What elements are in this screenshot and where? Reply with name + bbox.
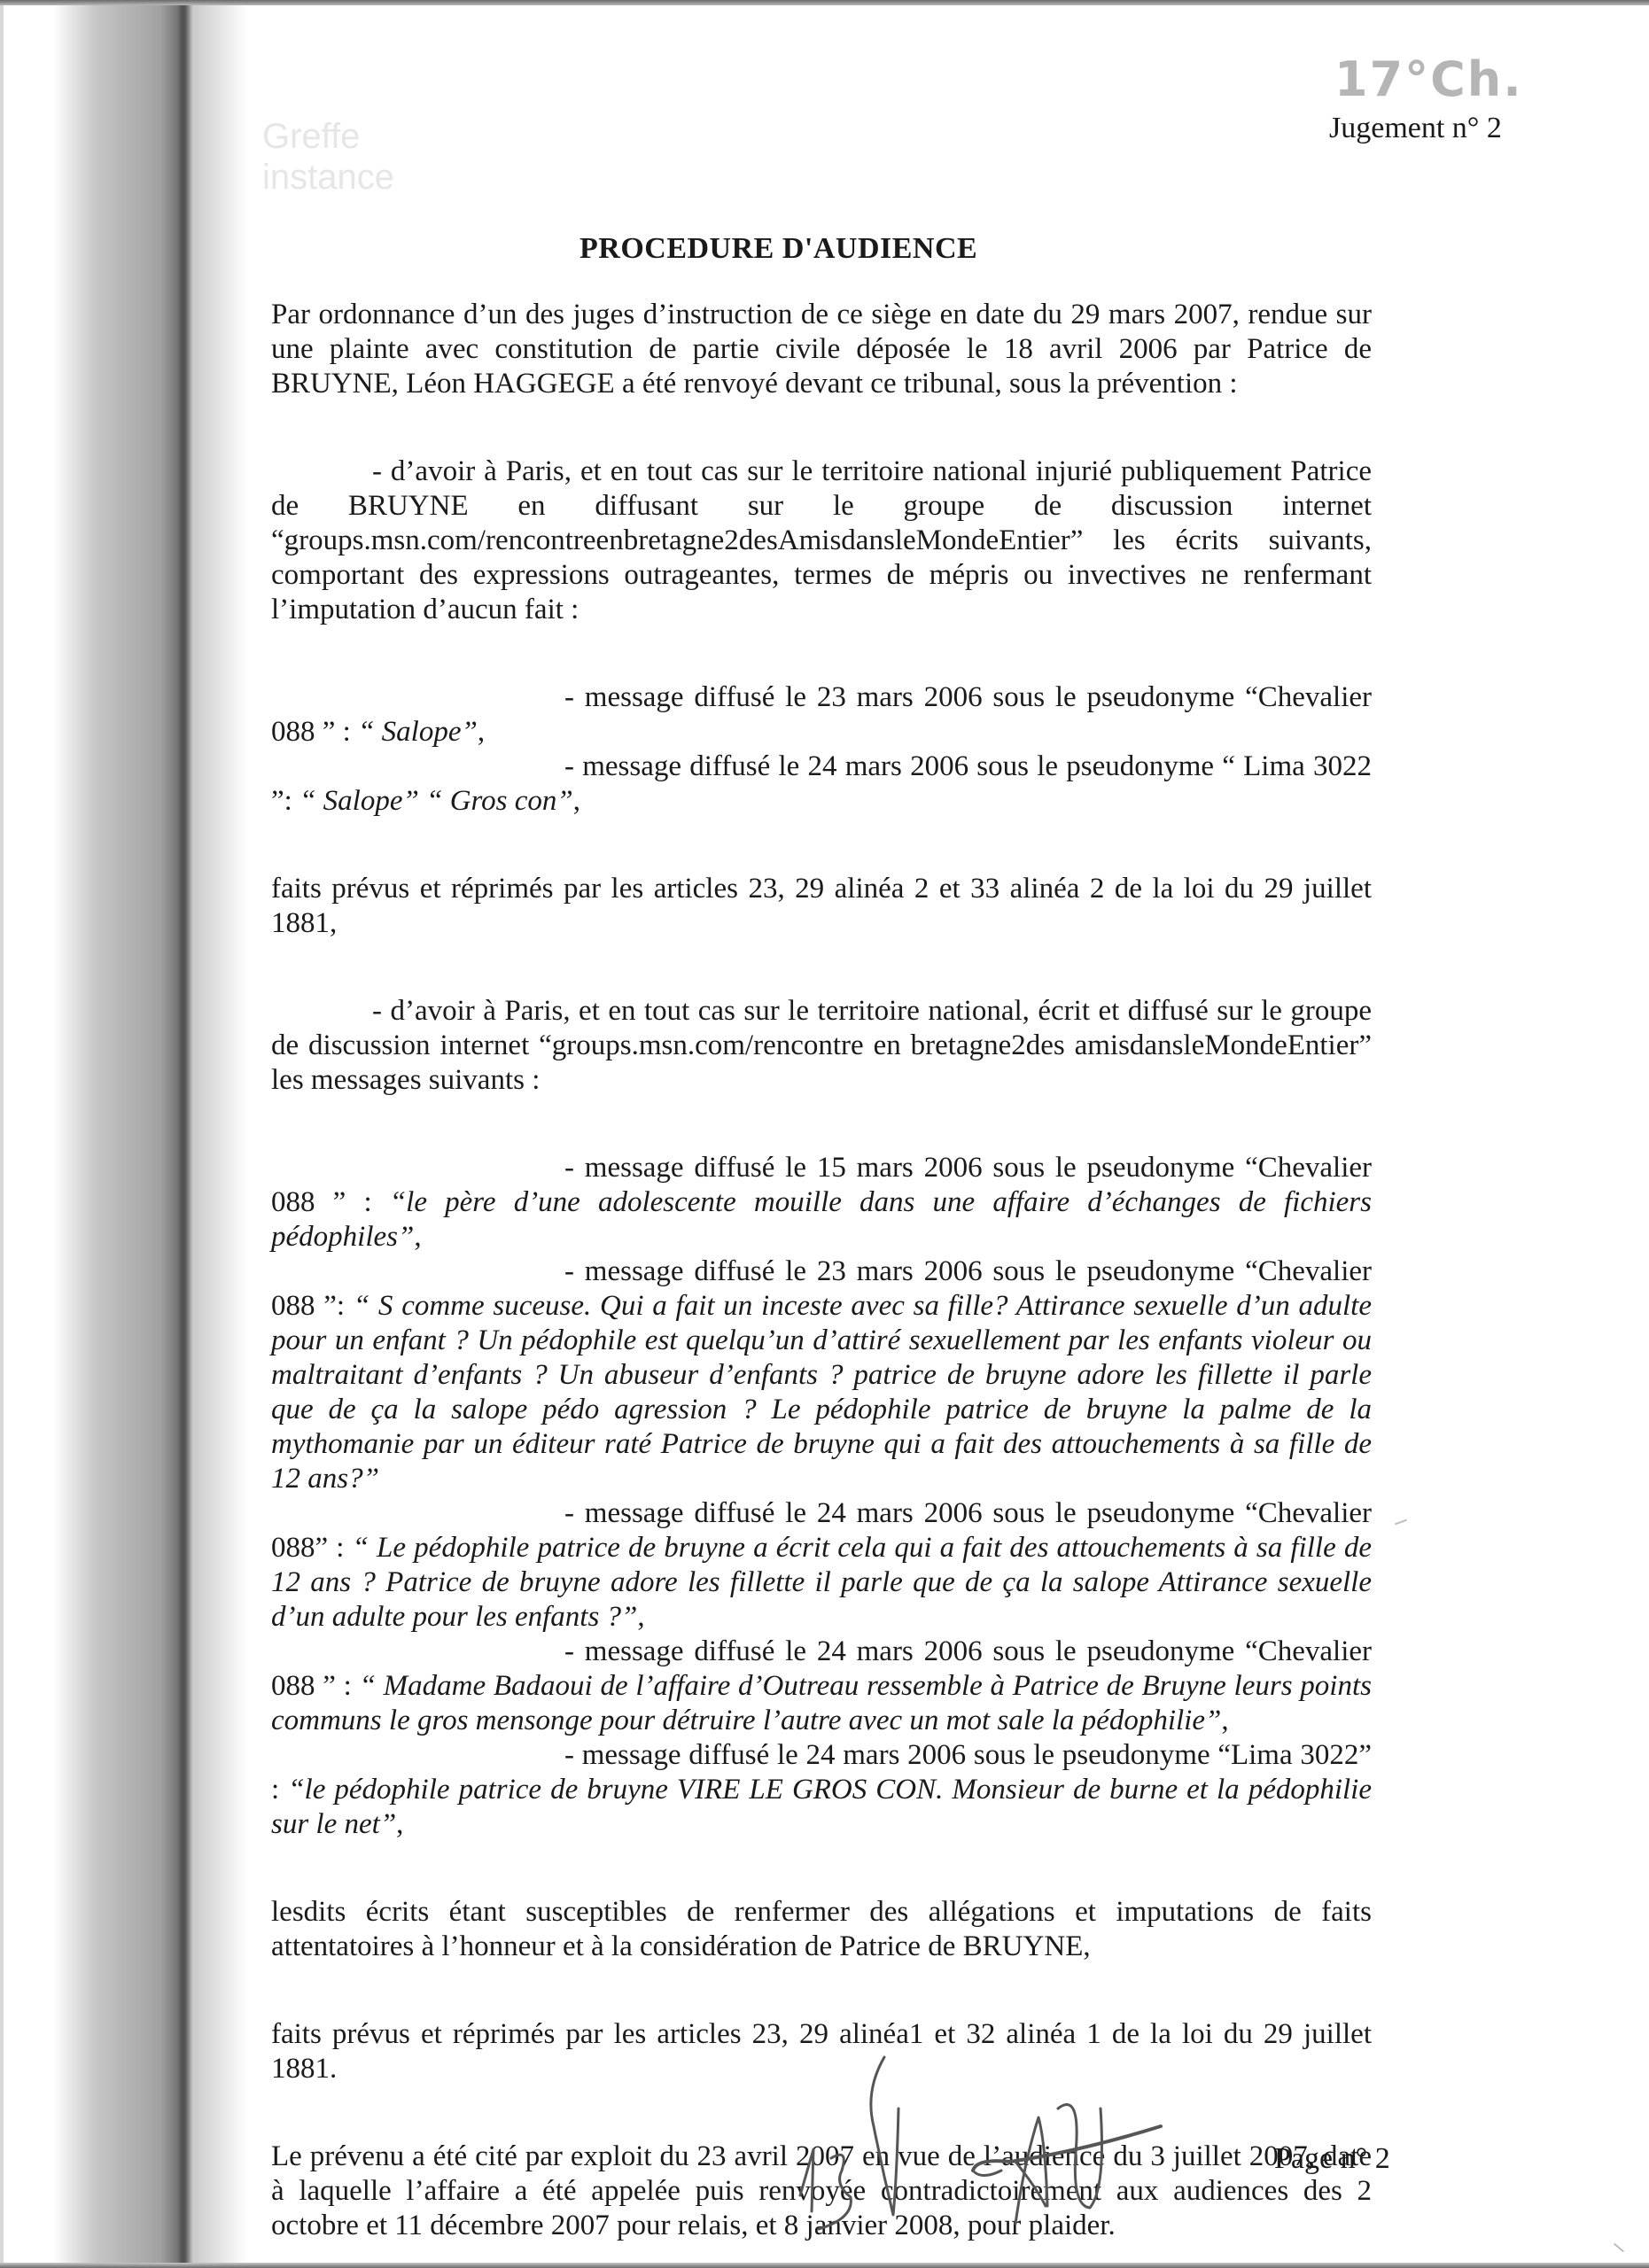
charge-defamation-paragraph: - d’avoir à Paris, et en tout cas sur le… (271, 994, 1372, 1098)
message-item: - message diffusé le 24 mars 2006 sous l… (271, 1496, 1372, 1635)
message-item: - message diffusé le 23 mars 2006 sous l… (271, 1254, 1372, 1496)
message-item: - message diffusé le 24 mars 2006 sous l… (271, 750, 1372, 819)
binding-crease (177, 0, 191, 2268)
message-quote: “ Salope” “ Gros con” (299, 785, 573, 817)
bleed-through-text: Greffe (262, 117, 360, 157)
allegation-paragraph: lesdits écrits étant susceptibles de ren… (271, 1895, 1372, 1964)
binding-shadow (53, 0, 248, 2268)
message-tail: , (396, 1808, 403, 1840)
message-tail: , (478, 716, 485, 748)
intro-paragraph: Par ordonnance d’un des juges d’instruct… (271, 298, 1372, 401)
bleed-through-text: instance (262, 158, 394, 198)
scan-top-edge (0, 0, 1649, 5)
page-number: Page n° 2 (1274, 2142, 1390, 2176)
message-quote: “ Salope” (358, 716, 478, 748)
document-body: Par ordonnance d’un des juges d’instruct… (271, 298, 1372, 2243)
message-tail: , (414, 1221, 421, 1253)
message-quote: “ Le pédophile patrice de bruyne a écrit… (271, 1532, 1372, 1633)
section-title: PROCEDURE D'AUDIENCE (579, 232, 977, 266)
chamber-stamp: 17°Ch. (1334, 51, 1523, 107)
message-tail: , (573, 785, 580, 817)
message-quote: “le pédophile patrice de bruyne VIRE LE … (271, 1774, 1372, 1840)
legal-basis-paragraph: faits prévus et réprimés par les article… (271, 872, 1372, 941)
message-item: - message diffusé le 15 mars 2006 sous l… (271, 1151, 1372, 1254)
scan-left-edge (0, 0, 4, 2268)
message-quote: “ Madame Badaoui de l’affaire d’Outreau … (271, 1670, 1372, 1736)
scan-artifact (1614, 2243, 1624, 2253)
message-item: - message diffusé le 24 mars 2006 sous l… (271, 1635, 1372, 1738)
scan-bottom-edge (0, 2263, 1649, 2268)
message-item: - message diffusé le 24 mars 2006 sous l… (271, 1738, 1372, 1842)
message-quote: “le père d’une adolescente mouille dans … (271, 1186, 1372, 1253)
scan-artifact (1395, 1519, 1407, 1526)
message-tail: , (637, 1601, 644, 1633)
message-quote: “ S comme suceuse. Qui a fait un inceste… (271, 1290, 1372, 1495)
message-tail: , (1221, 1705, 1228, 1736)
charge-insult-paragraph: - d’avoir à Paris, et en tout cas sur le… (271, 454, 1372, 627)
judgment-number: Jugement n° 2 (1329, 112, 1502, 145)
message-item: - message diffusé le 23 mars 2006 sous l… (271, 680, 1372, 750)
